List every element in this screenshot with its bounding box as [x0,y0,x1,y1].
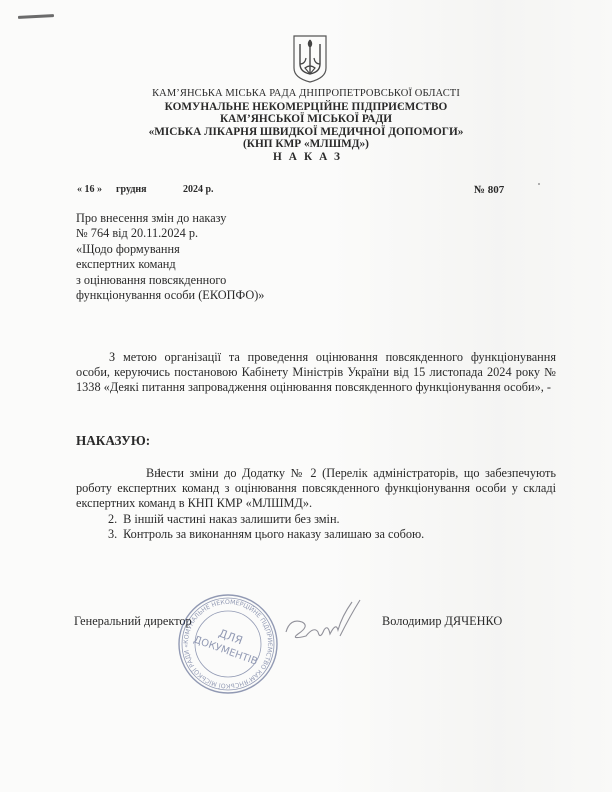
document-header: КАМ’ЯНСЬКА МІСЬКА РАДА ДНІПРОПЕТРОВСЬКОЇ… [0,88,612,163]
order-heading: НАКАЗУЮ: [76,433,150,449]
hospital-abbreviation: (КНП КМР «МЛШМД») [0,138,612,151]
order-item: 3. Контроль за виконанням цього наказу з… [76,527,556,542]
date-month: грудня [116,184,147,195]
item-number: 2. [108,512,120,527]
enterprise-owner: КАМ’ЯНСЬКОЇ МІСЬКОЇ РАДИ [0,113,612,126]
order-number: № 807 [474,184,504,196]
handwritten-signature-icon [280,596,370,656]
subject-line: Про внесення змін до наказу [76,211,264,226]
order-subject: Про внесення змін до наказу № 764 від 20… [76,211,264,303]
item-text: Контроль за виконанням цього наказу зали… [123,527,424,541]
date-day: « 16 » [77,184,102,195]
signatory-title: Генеральний директор [74,614,192,629]
item-text: Внести зміни до Додатку № 2 (Перелік адм… [76,466,556,510]
subject-line: «Щодо формування [76,242,264,257]
order-item: 2. В іншій частині наказ залишити без зм… [76,512,556,527]
scan-speck [538,183,540,185]
item-text: В іншій частині наказ залишити без змін. [123,512,340,526]
signatory-name: Володимир ДЯЧЕНКО [382,614,502,629]
scan-mark [18,14,54,19]
council-name: КАМ’ЯНСЬКА МІСЬКА РАДА ДНІПРОПЕТРОВСЬКОЇ… [0,88,612,101]
enterprise-type: КОМУНАЛЬНЕ НЕКОМЕРЦІЙНЕ ПІДПРИЄМСТВО [0,101,612,114]
subject-line: з оцінювання повсякденного [76,273,264,288]
subject-line: функціонування особи (ЕКОПФО)» [76,288,264,303]
preamble-paragraph: З метою організації та проведення оцінюв… [76,350,556,396]
item-number: 1. [116,466,146,481]
ukraine-trident-emblem-icon [292,34,328,84]
date-year: 2024 р. [183,184,214,195]
order-item: 1.Внести зміни до Додатку № 2 (Перелік а… [76,466,556,512]
hospital-name: «МІСЬКА ЛІКАРНЯ ШВИДКОЇ МЕДИЧНОЇ ДОПОМОГ… [0,126,612,139]
subject-line: № 764 від 20.11.2024 р. [76,226,264,241]
subject-line: експертних команд [76,257,264,272]
order-items: 1.Внести зміни до Додатку № 2 (Перелік а… [76,466,556,542]
round-stamp-icon: КОМУНАЛЬНЕ НЕКОМЕРЦІЙНЕ ПІДПРИЄМСТВО КАМ… [176,592,280,696]
item-number: 3. [108,527,120,542]
document-type: НАКАЗ [8,151,612,164]
